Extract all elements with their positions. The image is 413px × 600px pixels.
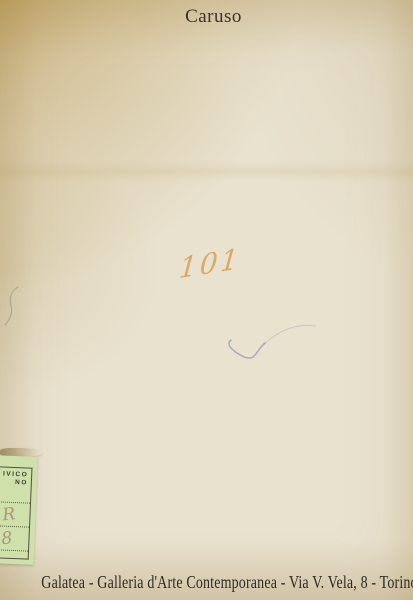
sticker-handwritten-mark2: 8: [1, 528, 14, 549]
handwritten-number: 101: [178, 242, 243, 286]
library-sticker-frame: IVICO NO R 8: [0, 466, 33, 560]
sticker-text-line1: IVICO: [0, 470, 28, 480]
paper-aging-band: [0, 160, 413, 182]
library-sticker-text: IVICO NO: [0, 467, 31, 488]
pencil-edge-mark-icon: [2, 284, 26, 328]
gallery-imprint-line: Galatea - Galleria d'Arte Contemporanea …: [41, 572, 371, 593]
sticker-handwritten-mark1: R: [2, 504, 17, 525]
library-sticker: IVICO NO R 8: [0, 455, 38, 565]
pencil-checkmark-icon: [220, 316, 324, 366]
catalog-cover-scan: Caruso 101 IVICO NO R 8: [0, 0, 413, 600]
author-title: Caruso: [14, 6, 413, 28]
sticker-ruled-rows: R 8: [0, 501, 30, 552]
sticker-row: R: [0, 501, 30, 527]
sticker-row: 8: [0, 525, 29, 551]
sticker-text-line2: NO: [0, 478, 28, 488]
